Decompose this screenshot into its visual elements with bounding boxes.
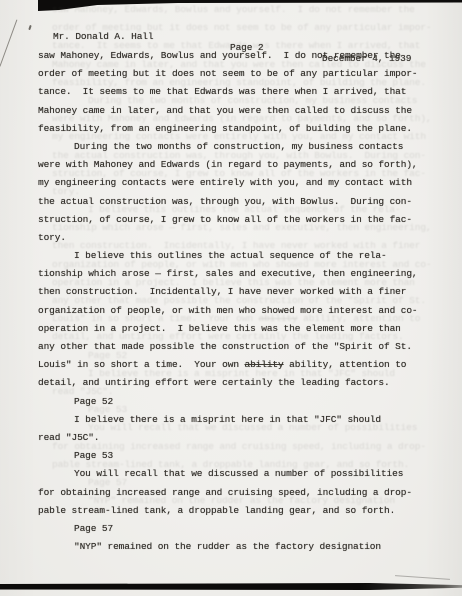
- text-line: operation in a project. I believe this w…: [38, 320, 448, 338]
- text-line: Page 57: [38, 520, 448, 538]
- scratch-mark: [395, 575, 450, 580]
- text-line: "NYP" remained on the rudder as the fact…: [38, 538, 448, 556]
- text-line: During the two months of construction, m…: [38, 138, 448, 156]
- text-line: You will recall that we discussed a numb…: [38, 465, 448, 483]
- letter-header: Mr. Donald A. Hall Page 2 December 4, 19…: [0, 20, 462, 34]
- text-line: I believe there is a misprint here in th…: [38, 411, 448, 429]
- text-line: the actual construction was, through you…: [38, 193, 448, 211]
- text-line: read "J5C".: [38, 429, 448, 447]
- text-line: Louis" in so short a time. Your own abil…: [38, 356, 448, 374]
- document-body: saw Mahoney, Edwards, Bowlus and yoursel…: [38, 47, 448, 556]
- text-line: organization of people, or with men who …: [38, 302, 448, 320]
- text-line: were with Mahoney and Edwards (in regard…: [38, 156, 448, 174]
- text-line: my engineering contacts were entirely wi…: [38, 174, 448, 192]
- text-line: pable stream-lined tank, a droppable lan…: [38, 502, 448, 520]
- text-line: tance. It seems to me that Edwards was t…: [38, 83, 448, 101]
- text-line: struction, of course, I grew to know all…: [38, 211, 448, 229]
- text-line: order of meeting but it does not seem to…: [38, 65, 448, 83]
- text-line: then construction. Incidentally, I have …: [38, 283, 448, 301]
- struck-out-word: ability: [245, 359, 284, 370]
- text-line: tionship which arose — first, sales and …: [38, 265, 448, 283]
- text-line: feasibility, from an engineering standpo…: [38, 120, 448, 138]
- text-line: for obtaining increased range and cruisi…: [38, 484, 448, 502]
- text-line: I believe this outlines the actual seque…: [38, 247, 448, 265]
- scan-edge-artifact-top: [38, 0, 462, 11]
- scanned-letter-page: Mr. Donald A. Hall Page 2 December 4, 19…: [0, 0, 462, 596]
- text-line: detail, and untiring effort were certain…: [38, 374, 448, 392]
- text-line: tory.: [38, 229, 448, 247]
- text-line: Page 52: [38, 393, 448, 411]
- text-line: saw Mahoney, Edwards, Bowlus and yoursel…: [38, 47, 448, 65]
- text-line: any other that made possible the constru…: [38, 338, 448, 356]
- text-line: Mahoney came in later, and that you were…: [38, 102, 448, 120]
- scan-edge-artifact-bottom: [0, 583, 462, 590]
- recipient-name: Mr. Donald A. Hall: [53, 31, 153, 42]
- text-line: Page 53: [38, 447, 448, 465]
